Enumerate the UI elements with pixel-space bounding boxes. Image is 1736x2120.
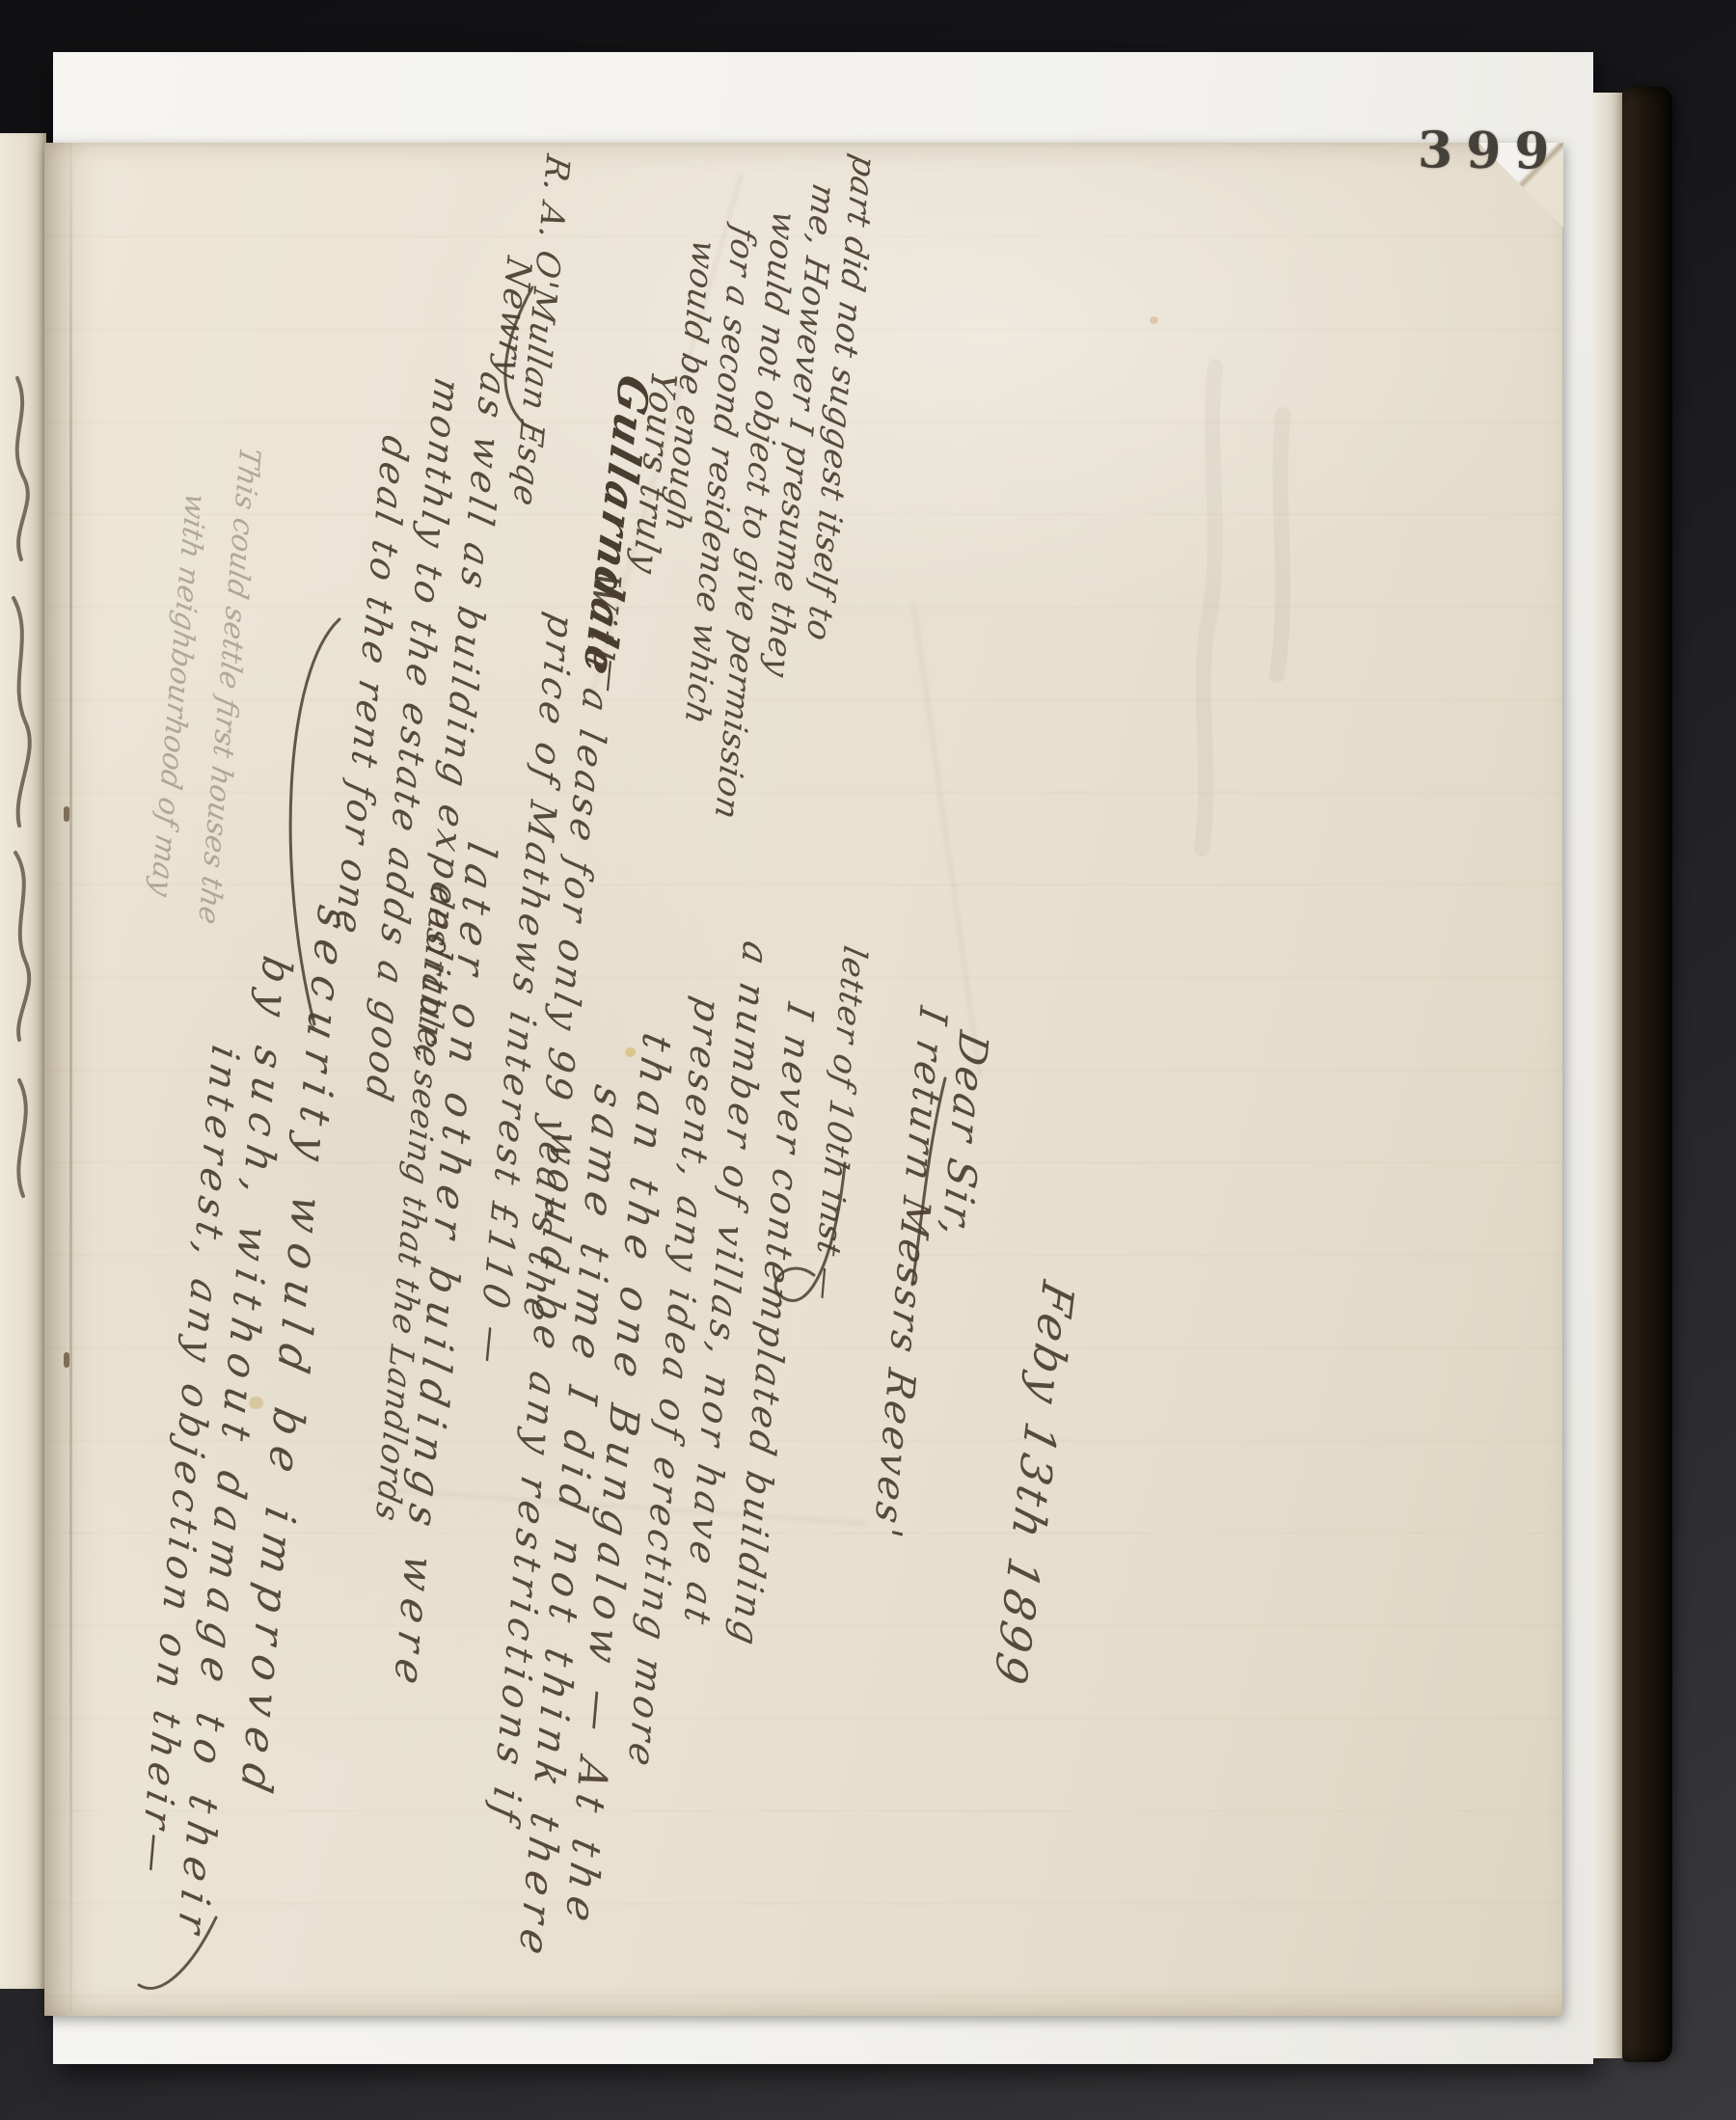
- binding-stitch: [64, 1352, 69, 1368]
- folio-number-stamp: 399: [1418, 121, 1563, 181]
- photographed-letterbook-page: 399 part did not suggest itself to me, H…: [0, 0, 1736, 2120]
- book-cover-spine: [1622, 87, 1672, 2062]
- gutter-crease: [69, 145, 72, 2012]
- ink-stain: [1150, 316, 1158, 324]
- facing-page-sliver: [0, 133, 46, 1989]
- binding-stitch: [64, 806, 69, 822]
